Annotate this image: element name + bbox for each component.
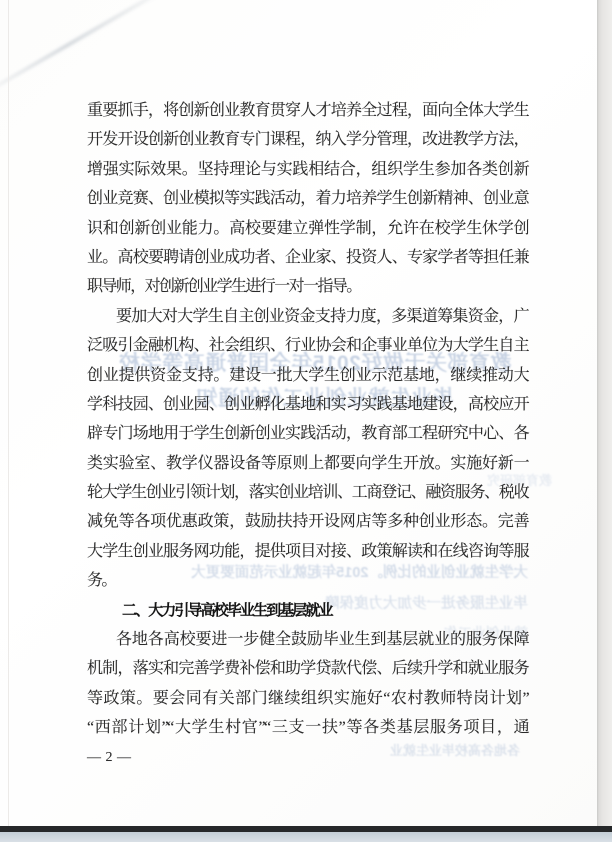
body-line: 泛吸引金融机构、社会组织、行业协会和企事业单位为大学生自主 <box>87 331 528 360</box>
body-line: 等政策。要会同有关部门继续组织实施好“农村教师特岗计划” <box>87 684 528 713</box>
body-line: 大学生创业服务网功能，提供项目对接、政策解读和在线咨询等服 <box>87 537 528 566</box>
body-line: 创业竞赛、创业模拟等实践活动，着力培养学生创新精神、创业意 <box>87 184 528 213</box>
body-line: 增强实际效果。坚持理论与实践相结合，组织学生参加各类创新 <box>87 155 528 184</box>
document-body: 重要抓手，将创新创业教育贯穿人才培养全过程，面向全体大学生 开发开设创新创业教育… <box>87 96 528 772</box>
body-line: 重要抓手，将创新创业教育贯穿人才培养全过程，面向全体大学生 <box>87 96 528 125</box>
body-line: 减免等各项优惠政策，鼓励扶持开设网店等多种创业形态。完善 <box>87 507 528 536</box>
page-number: — 2 — <box>87 743 528 772</box>
scan-edge-left <box>8 0 9 826</box>
body-line: 业。高校要聘请创业成功者、企业家、投资人、专家学者等担任兼 <box>87 243 528 272</box>
body-line: 开发开设创新创业教育专门课程，纳入学分管理，改进教学方法， <box>87 125 528 154</box>
body-line: 机制，落实和完善学费补偿和助学贷款代偿、后续升学和就业服务 <box>87 654 528 683</box>
body-line: 类实验室、教学仪器设备等原则上都要向学生开放。实施好新一 <box>87 449 528 478</box>
body-line: 各地各高校要进一步健全鼓励毕业生到基层就业的服务保障 <box>87 625 528 654</box>
paper-crease <box>0 0 187 103</box>
scan-edge-bottom-strip <box>0 832 612 842</box>
body-line: 辟专门场地用于学生创新创业实践活动，教育部工程研究中心、各 <box>87 419 528 448</box>
scan-edge-right <box>597 0 612 842</box>
section-heading: 二、大力引导高校毕业生到基层就业 <box>87 596 528 625</box>
body-line: 轮大学生创业引领计划，落实创业培训、工商登记、融资服务、税收 <box>87 478 528 507</box>
body-line: 职导师，对创新创业学生进行一对一指导。 <box>87 272 528 301</box>
body-line: 创业提供资金支持。建设一批大学生创业示范基地，继续推动大 <box>87 361 528 390</box>
body-line: “西部计划”“大学生村官”“三支一扶”等各类基层服务项目，通 <box>87 713 528 742</box>
body-line: 务。 <box>87 566 528 595</box>
body-line: 要加大对大学生自主创业资金支持力度，多渠道筹集资金，广 <box>87 302 528 331</box>
body-line: 学科技园、创业园、创业孵化基地和实习实践基地建设，高校应开 <box>87 390 528 419</box>
document-page: 教育部关于做好2015年全国普通高等学校 毕业生就业创业工作的通知 大学生就业创… <box>0 0 612 842</box>
body-line: 识和创新创业能力。高校要建立弹性学制，允许在校学生休学创 <box>87 214 528 243</box>
